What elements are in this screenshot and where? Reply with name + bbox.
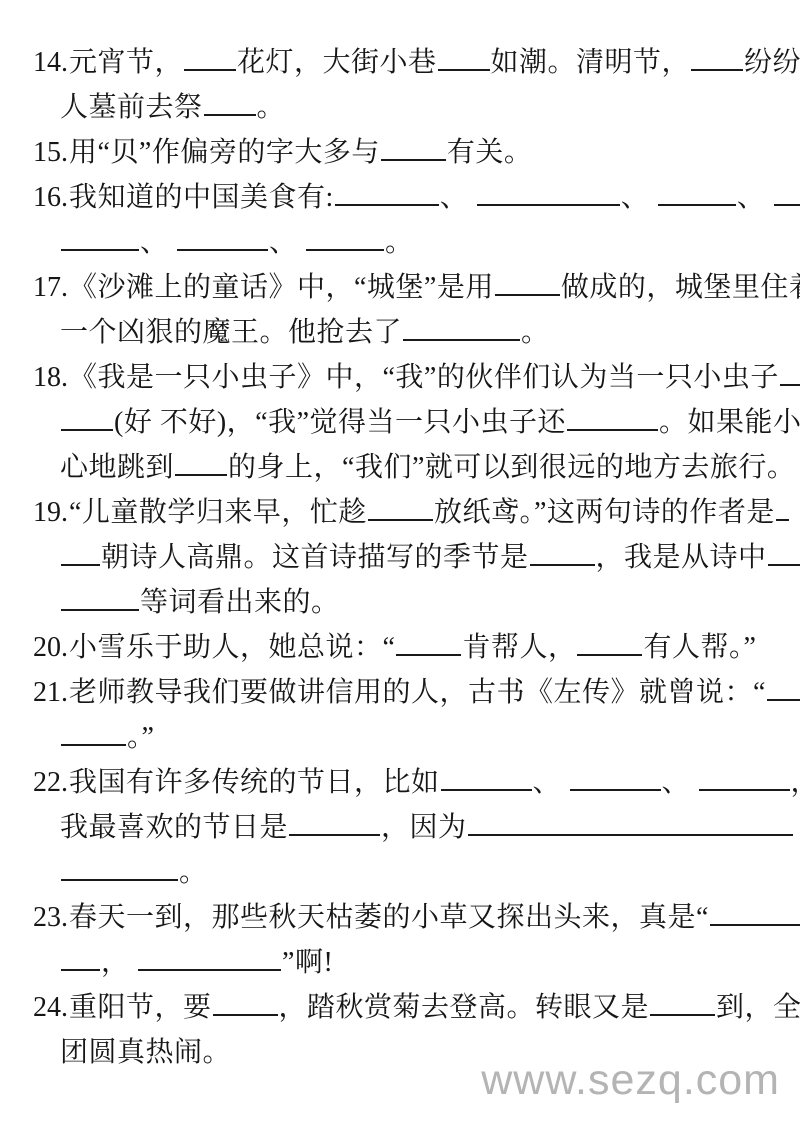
question-number: 21.	[33, 677, 69, 708]
question-number: 18.	[33, 362, 69, 393]
question-text: ，我是从诗中	[596, 542, 767, 573]
question-number: 16.	[33, 182, 69, 213]
question-text: 。	[521, 317, 550, 348]
question-text: ”啊!	[282, 947, 333, 978]
question-number: 22.	[33, 767, 69, 798]
question-text: 放纸鸢。”这两句诗的作者是	[434, 497, 775, 528]
blank-line	[204, 111, 256, 116]
question-first-line: 15.用“贝”作偏旁的字大多与有关。	[33, 130, 780, 175]
question-text: 、	[533, 767, 569, 798]
blank-line	[577, 651, 642, 656]
question-text: 。如果能小	[659, 407, 800, 438]
question-first-line: 23.春天一到，那些秋天枯萎的小草又探出头来，真是“	[33, 895, 780, 940]
question-text: 朝诗人高鼎。这首诗描写的季节是	[101, 542, 529, 573]
question-text: 如潮。清明节，	[491, 47, 691, 78]
blank-line	[381, 156, 446, 161]
question-number: 17.	[33, 272, 69, 303]
blank-line	[175, 471, 227, 476]
blank-line	[495, 291, 560, 296]
question-text: ，因为	[381, 812, 467, 843]
question-text: 。	[257, 92, 286, 123]
blank-line	[61, 876, 178, 881]
blank-line	[658, 201, 736, 206]
question-text: 。	[385, 227, 414, 258]
blank-line	[468, 831, 793, 836]
blank-line	[335, 201, 439, 206]
blank-line	[61, 246, 139, 251]
question-text: 等词看出来的。	[140, 587, 340, 618]
question-first-line: 16.我知道的中国美食有:、 、 、	[33, 175, 780, 220]
blank-line	[213, 1011, 278, 1016]
question-text: 肯帮人，	[462, 632, 576, 663]
question-continuation-line: 心地跳到的身上，“我们”就可以到很远的地方去旅行。	[33, 445, 780, 490]
blank-line	[780, 381, 800, 386]
question-first-line: 14.元宵节，花灯，大街小巷如潮。清明节，纷纷，先	[33, 40, 780, 85]
question-number: 23.	[33, 902, 69, 933]
question-text: 、	[737, 182, 773, 213]
blank-line	[306, 246, 384, 251]
question-text: “儿童散学归来早，忙趁	[69, 497, 367, 528]
question-continuation-line: 、 、 。	[33, 220, 780, 265]
question-number: 14.	[33, 47, 69, 78]
question-first-line: 22.我国有许多传统的节日，比如、 、 ，	[33, 760, 780, 805]
question-text: 心地跳到	[60, 452, 174, 483]
blank-line	[776, 516, 789, 521]
question-text: 。”	[127, 722, 154, 753]
question-text: 《我是一只小虫子》中，“我”的伙伴们认为当一只小虫子	[69, 362, 779, 393]
blank-line	[289, 831, 380, 836]
question-first-line: 24.重阳节，要，踏秋赏菊去登高。转眼又是到，全家	[33, 985, 780, 1030]
watermark: www.sezq.com	[481, 1056, 780, 1105]
question-text: 一个凶狠的魔王。他抢去了	[60, 317, 402, 348]
worksheet-page: 14.元宵节，花灯，大街小巷如潮。清明节，纷纷，先人墓前去祭。15.用“贝”作偏…	[0, 0, 800, 1131]
blank-line	[438, 66, 490, 71]
question-text: 、	[621, 182, 657, 213]
question-continuation-line: 。	[33, 850, 780, 895]
question-text: 春天一到，那些秋天枯萎的小草又探出头来，真是“	[69, 902, 709, 933]
blank-line	[368, 516, 433, 521]
question-text: ，	[101, 947, 137, 978]
question-text: ，踏秋赏菊去登高。转眼又是	[279, 992, 650, 1023]
question-text: 我国有许多传统的节日，比如	[69, 767, 440, 798]
question-text: 。	[179, 857, 208, 888]
blank-line	[61, 561, 100, 566]
blank-line	[177, 246, 268, 251]
blank-line	[530, 561, 595, 566]
question-text: 、	[140, 227, 176, 258]
question-text: 、	[440, 182, 476, 213]
blank-line	[567, 426, 658, 431]
question-number: 20.	[33, 632, 69, 663]
question-first-line: 21.老师教导我们要做讲信用的人，古书《左传》就曾说：“	[33, 670, 780, 715]
question-text: ，	[791, 767, 800, 798]
blank-line	[691, 66, 743, 71]
question-continuation-line: 朝诗人高鼎。这首诗描写的季节是，我是从诗中	[33, 535, 780, 580]
question-first-line: 19.“儿童散学归来早，忙趁放纸鸢。”这两句诗的作者是	[33, 490, 780, 535]
question-first-line: 17.《沙滩上的童话》中，“城堡”是用做成的，城堡里住着	[33, 265, 780, 310]
question-text: 做成的，城堡里住着	[561, 272, 800, 303]
blank-line	[396, 651, 461, 656]
blank-line	[61, 606, 139, 611]
blank-line	[138, 966, 281, 971]
question-continuation-line: 一个凶狠的魔王。他抢去了。	[33, 310, 780, 355]
question-text: 我知道的中国美食有:	[69, 182, 334, 213]
blank-line	[61, 966, 100, 971]
question-text: 到，全家	[716, 992, 800, 1023]
question-number: 19.	[33, 497, 69, 528]
question-continuation-line: 我最喜欢的节日是，因为	[33, 805, 780, 850]
question-first-line: 18.《我是一只小虫子》中，“我”的伙伴们认为当一只小虫子	[33, 355, 780, 400]
question-text: 有关。	[447, 137, 533, 168]
question-text: 的身上，“我们”就可以到很远的地方去旅行。	[228, 452, 795, 483]
blank-line	[710, 921, 800, 926]
question-text: 重阳节，要	[69, 992, 212, 1023]
blank-line	[61, 741, 126, 746]
question-number: 24.	[33, 992, 69, 1023]
question-text: 有人帮。”	[643, 632, 756, 663]
blank-line	[767, 696, 800, 701]
question-continuation-line: 。”	[33, 715, 780, 760]
question-text: 花灯，大街小巷	[237, 47, 437, 78]
blank-line	[570, 786, 661, 791]
question-text: 我最喜欢的节日是	[60, 812, 288, 843]
blank-line	[699, 786, 790, 791]
question-first-line: 20.小雪乐于助人，她总说：“肯帮人，有人帮。”	[33, 625, 780, 670]
blank-line	[184, 66, 236, 71]
question-text: 纷纷，先	[744, 47, 800, 78]
blank-line	[774, 201, 800, 206]
blank-line	[61, 426, 113, 431]
question-list: 14.元宵节，花灯，大街小巷如潮。清明节，纷纷，先人墓前去祭。15.用“贝”作偏…	[33, 40, 780, 1075]
question-text: 老师教导我们要做讲信用的人，古书《左传》就曾说：“	[69, 677, 766, 708]
question-continuation-line: ， ”啊!	[33, 940, 780, 985]
blank-line	[650, 1011, 715, 1016]
question-continuation-line: 人墓前去祭。	[33, 85, 780, 130]
question-text: 《沙滩上的童话》中，“城堡”是用	[69, 272, 494, 303]
question-text: 、	[662, 767, 698, 798]
blank-line	[477, 201, 620, 206]
question-text: (好 不好)，“我”觉得当一只小虫子还	[114, 407, 566, 438]
blank-line	[768, 561, 800, 566]
question-text: 、	[269, 227, 305, 258]
question-number: 15.	[33, 137, 69, 168]
question-continuation-line: 等词看出来的。	[33, 580, 780, 625]
question-text: 用“贝”作偏旁的字大多与	[69, 137, 380, 168]
blank-line	[403, 336, 520, 341]
question-text: 人墓前去祭	[60, 92, 203, 123]
question-text: 团圆真热闹。	[60, 1037, 231, 1068]
blank-line	[441, 786, 532, 791]
question-text: 小雪乐于助人，她总说：“	[69, 632, 395, 663]
question-text: 元宵节，	[69, 47, 183, 78]
question-continuation-line: (好 不好)，“我”觉得当一只小虫子还。如果能小	[33, 400, 780, 445]
